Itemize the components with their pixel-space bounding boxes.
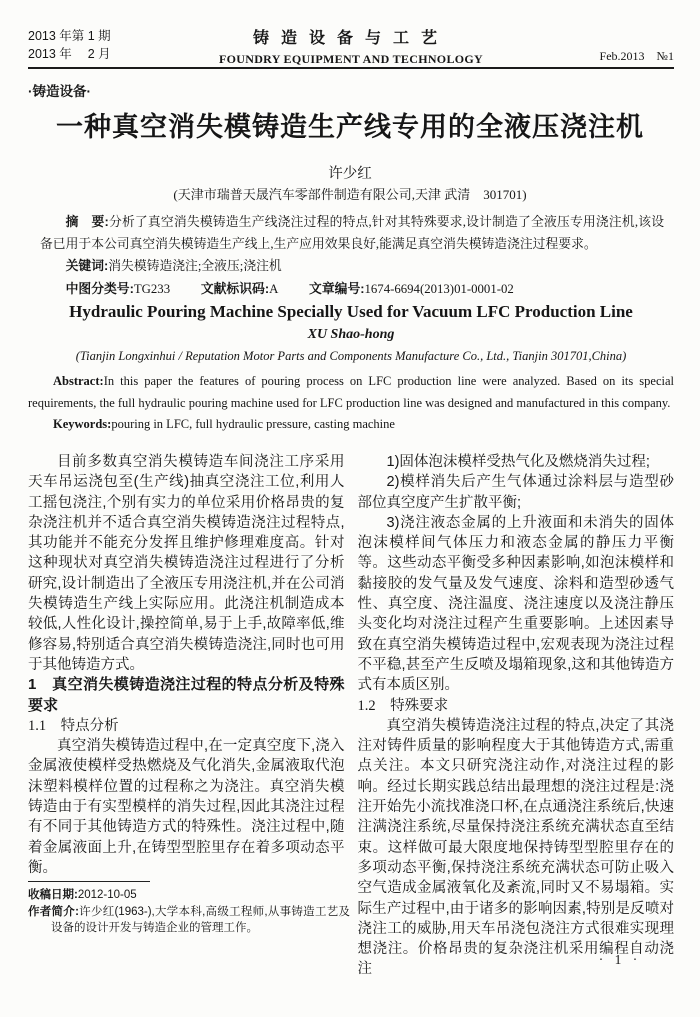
footnote-block: 收稿日期:2012-10-05 作者简介:许少红(1963-),大学本科,高级工… — [28, 881, 350, 937]
journal-name-english: FOUNDRY EQUIPMENT AND TECHNOLOGY — [118, 52, 584, 67]
article-id: 1674-6694(2013)01-0001-02 — [365, 282, 514, 296]
author-bio-text: 许少红(1963-),大学本科,高级工程师,从事铸造工艺及设备的设计开发与铸造企… — [51, 906, 350, 935]
keywords-text-chinese: 消失模铸造浇注;全液压;浇注机 — [108, 259, 281, 273]
author-bio-label: 作者简介: — [28, 906, 79, 918]
footnote-divider — [28, 881, 150, 882]
abstract-text-english: In this paper the features of pouring pr… — [28, 374, 674, 410]
affiliation-chinese: (天津市瑞普天晟汽车零部件制造有限公司,天津 武清 301701) — [0, 184, 700, 203]
issue-date-cn: 2013 年 2 月 — [28, 46, 111, 64]
issue-info: 2013 年第 1 期 2013 年 2 月 — [28, 28, 111, 63]
journal-article-page: 2013 年第 1 期 2013 年 2 月 铸造设备与工艺 FOUNDRY E… — [0, 0, 700, 1017]
abstract-chinese: 摘 要:分析了真空消失模铸造生产线浇注过程的特点,针对其特殊要求,设计制造了全液… — [40, 211, 664, 255]
right-column: 1)固体泡沫模样受热气化及燃烧消失过程; 2)模样消失后产生气体通过涂料层与造型… — [358, 452, 675, 980]
received-date-value: 2012-10-05 — [78, 889, 137, 901]
journal-name-chinese: 铸造设备与工艺 — [118, 25, 584, 48]
received-date-label: 收稿日期: — [28, 889, 78, 901]
affiliation-english: (Tianjin Longxinhui / Reputation Motor P… — [28, 349, 674, 364]
subsection-heading-1-1: 1.1 特点分析 — [28, 716, 345, 736]
author-name-chinese: 许少红 — [0, 162, 700, 183]
chinese-abstract-block: 摘 要:分析了真空消失模铸造生产线浇注过程的特点,针对其特殊要求,设计制造了全液… — [40, 211, 664, 300]
classification-line: 中图分类号:TG233文献标识码:A文章编号:1674-6694(2013)01… — [40, 278, 664, 301]
author-bio-line: 作者简介:许少红(1963-),大学本科,高级工程师,从事铸造工艺及设备的设计开… — [28, 904, 350, 937]
abstract-text-chinese: 分析了真空消失模铸造生产线浇注过程的特点,针对其特殊要求,设计制造了全液压专用浇… — [40, 215, 664, 251]
subsection-heading-1-2: 1.2 特殊要求 — [358, 696, 675, 716]
keywords-label-chinese: 关键词: — [66, 258, 109, 273]
keywords-chinese: 关键词:消失模铸造浇注;全液压;浇注机 — [40, 255, 664, 278]
body-paragraph: 真空消失模铸造过程中,在一定真空度下,浇入金属液使模样受热燃烧及气化消失,金属液… — [28, 736, 345, 878]
doc-code-label: 文献标识码: — [201, 281, 269, 296]
english-front-matter: Hydraulic Pouring Machine Specially Used… — [28, 302, 674, 436]
abstract-english: Abstract:In this paper the features of p… — [28, 371, 674, 414]
keywords-label-english: Keywords: — [53, 417, 111, 431]
article-title-chinese: 一种真空消失模铸造生产线专用的全液压浇注机 — [0, 105, 700, 144]
keywords-english: Keywords:pouring in LFC, full hydraulic … — [28, 414, 674, 436]
doc-code: A — [269, 282, 278, 296]
body-list-item: 1)固体泡沫模样受热气化及燃烧消失过程; — [358, 452, 675, 472]
abstract-label-english: Abstract: — [53, 374, 104, 388]
journal-header: 2013 年第 1 期 2013 年 2 月 铸造设备与工艺 FOUNDRY E… — [28, 25, 674, 69]
body-paragraph: 目前多数真空消失模铸造车间浇注工序采用天车吊运浇包至(生产线)抽真空浇注工位,利… — [28, 452, 345, 675]
author-name-english: XU Shao-hong — [28, 327, 674, 343]
section-label: ·铸造设备· — [28, 80, 91, 100]
article-title-english: Hydraulic Pouring Machine Specially Used… — [28, 302, 674, 322]
page-number: · 1 · — [565, 952, 675, 968]
body-paragraph: 真空消失模铸造浇注过程的特点,决定了其浇注对铸件质量的影响程度大于其他铸造方式,… — [358, 716, 675, 980]
journal-name-block: 铸造设备与工艺 FOUNDRY EQUIPMENT AND TECHNOLOGY — [118, 25, 584, 67]
keywords-text-english: pouring in LFC, full hydraulic pressure,… — [111, 417, 395, 431]
received-date-line: 收稿日期:2012-10-05 — [28, 887, 350, 904]
issue-date-english: Feb.2013 №1 — [600, 49, 674, 64]
body-list-item: 2)模样消失后产生气体通过涂料层与造型砂部位真空度产生扩散平衡; — [358, 472, 675, 513]
body-paragraph: 3)浇注液态金属的上升液面和未消失的固体泡沫模样间气体压力和液态金属的静压力平衡… — [358, 513, 675, 696]
article-id-label: 文章编号: — [309, 281, 364, 296]
clc-label: 中图分类号: — [66, 281, 134, 296]
abstract-label-chinese: 摘 要: — [66, 214, 109, 229]
issue-number: 2013 年第 1 期 — [28, 28, 111, 46]
clc-number: TG233 — [134, 282, 170, 296]
section-heading-1: 1 真空消失模铸造浇注过程的特点分析及特殊要求 — [28, 675, 345, 716]
